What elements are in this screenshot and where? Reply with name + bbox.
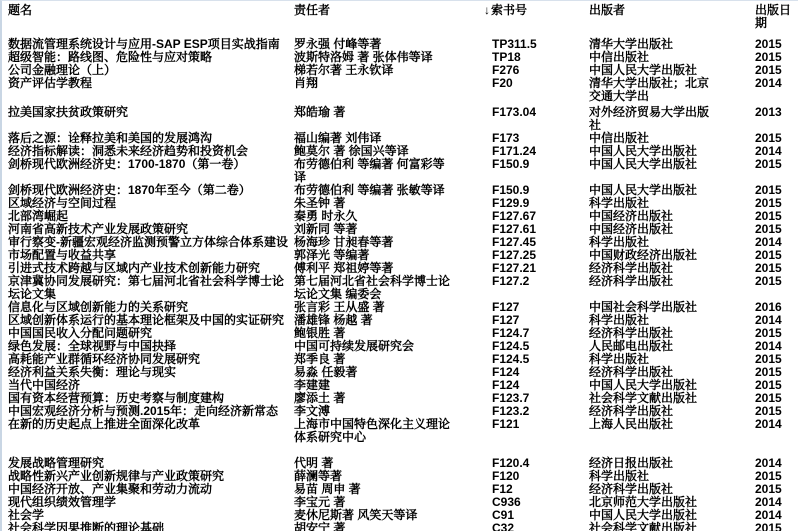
column-header-title[interactable]: 题名 (8, 4, 294, 17)
book-pub-year: 2014 (755, 418, 795, 431)
book-call-number: C32 (492, 522, 589, 531)
book-pub-year: 2014 (755, 77, 795, 90)
book-title[interactable]: 京津冀协同发展研究：第七届河北省社会科学博士论 坛论文集 (8, 275, 294, 301)
book-publisher: 对外经济贸易大学出版 社 (589, 106, 755, 132)
column-header-publisher[interactable]: 出版者 (589, 4, 755, 17)
book-pub-year: 2015 (755, 158, 795, 171)
book-call-number: F127.2 (492, 275, 589, 288)
book-author: 布劳德伯利 等编著 何富彩等 译 (294, 158, 492, 184)
book-pub-year: 2015 (755, 522, 795, 531)
column-header-call-number[interactable]: ↓索书号 (492, 4, 589, 17)
table-header: 题名 责任者 ↓索书号 出版者 出版日期 (8, 4, 798, 30)
book-title[interactable]: 现代组织绩效管理学 (8, 496, 294, 509)
book-title[interactable]: 剑桥现代欧洲经济史：1700-1870（第一卷） (8, 158, 294, 171)
book-call-number: F121 (492, 418, 589, 431)
sort-descending-icon[interactable]: ↓ (484, 4, 490, 17)
table-body: 数据流管理系统设计与应用-SAP ESP项目实战指南 罗永强 付峰等著 TP31… (8, 38, 798, 531)
book-author: 第七届河北省社会科学博士论 坛论文集 编委会 (294, 275, 492, 301)
table-row[interactable]: 在新的历史起点上推进全面深化改革 上海市中国特色深化主义理论 体系研究中心 F1… (8, 418, 798, 444)
book-title[interactable]: 社会科学因果推断的理论基础 (8, 522, 294, 531)
table-row[interactable]: 区域经济与空间过程 朱圣钟 著 F129.9 科学出版社 2015 (8, 197, 798, 210)
column-header-pub-date[interactable]: 出版日期 (755, 4, 795, 30)
book-title[interactable]: 拉美国家扶贫政策研究 (8, 106, 294, 119)
book-publisher: 中国人民大学出版社 (589, 158, 755, 171)
table-row[interactable]: 资产评估学教程 肖翔 F20 清华大学出版社；北京 交通大学出 2014 (8, 77, 798, 103)
book-publisher: 经济科学出版社 (589, 275, 755, 288)
book-title[interactable]: 在新的历史起点上推进全面深化改革 (8, 418, 294, 431)
book-author: 上海市中国特色深化主义理论 体系研究中心 (294, 418, 492, 444)
book-publisher: 社会科学文献出版社 (589, 522, 755, 531)
table-row[interactable]: 社会科学因果推断的理论基础 胡安宁 著 C32 社会科学文献出版社 2015 (8, 522, 798, 531)
book-call-number: F20 (492, 77, 589, 90)
book-call-number: F150.9 (492, 158, 589, 171)
table-row[interactable]: 剑桥现代欧洲经济史：1700-1870（第一卷） 布劳德伯利 等编著 何富彩等 … (8, 158, 798, 184)
book-author: 郑皓瑜 著 (294, 106, 492, 119)
column-header-call-number-label: 索书号 (491, 3, 527, 17)
column-header-author[interactable]: 责任者 (294, 4, 492, 17)
book-pub-year: 2015 (755, 275, 795, 288)
table-row[interactable]: 剑桥现代欧洲经济史：1870年至今（第二卷） 布劳德伯利 等编著 张敏等译 F1… (8, 184, 798, 197)
book-call-number: F173.04 (492, 106, 589, 119)
book-author: 胡安宁 著 (294, 522, 492, 531)
book-author: 肖翔 (294, 77, 492, 90)
book-author: 梯若尔著 王永钦译 (294, 64, 492, 77)
book-title[interactable]: 资产评估学教程 (8, 77, 294, 90)
table-row[interactable]: 拉美国家扶贫政策研究 郑皓瑜 著 F173.04 对外经济贸易大学出版 社 20… (8, 106, 798, 132)
book-pub-year: 2013 (755, 106, 795, 119)
book-publisher: 上海人民出版社 (589, 418, 755, 431)
catalog-list-page: 题名 责任者 ↓索书号 出版者 出版日期 数据流管理系统设计与应用-SAP ES… (0, 0, 798, 531)
table-row[interactable]: 京津冀协同发展研究：第七届河北省社会科学博士论 坛论文集 第七届河北省社会科学博… (8, 275, 798, 301)
book-publisher: 清华大学出版社；北京 交通大学出 (589, 77, 755, 103)
